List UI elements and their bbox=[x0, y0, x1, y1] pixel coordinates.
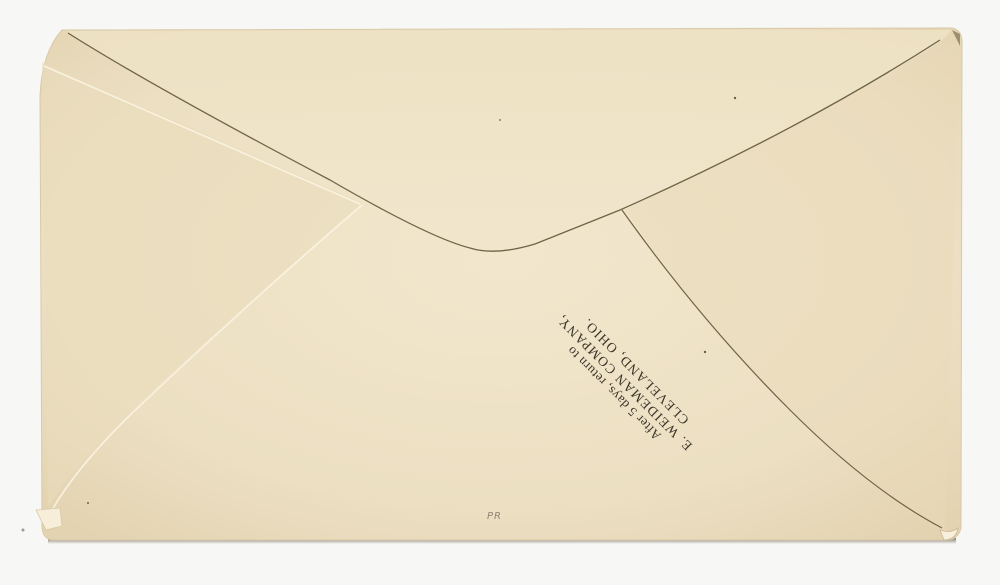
speck bbox=[87, 502, 89, 504]
envelope-photo: After 5 days, return to E. WEIDEMAN COMP… bbox=[0, 0, 1000, 585]
speck bbox=[734, 97, 736, 99]
speck bbox=[704, 351, 706, 353]
corner-wear-bottom-left bbox=[36, 508, 62, 530]
envelope bbox=[0, 0, 1000, 585]
speck bbox=[499, 119, 501, 121]
pencil-mark: PR bbox=[487, 511, 502, 522]
speck bbox=[22, 529, 25, 532]
